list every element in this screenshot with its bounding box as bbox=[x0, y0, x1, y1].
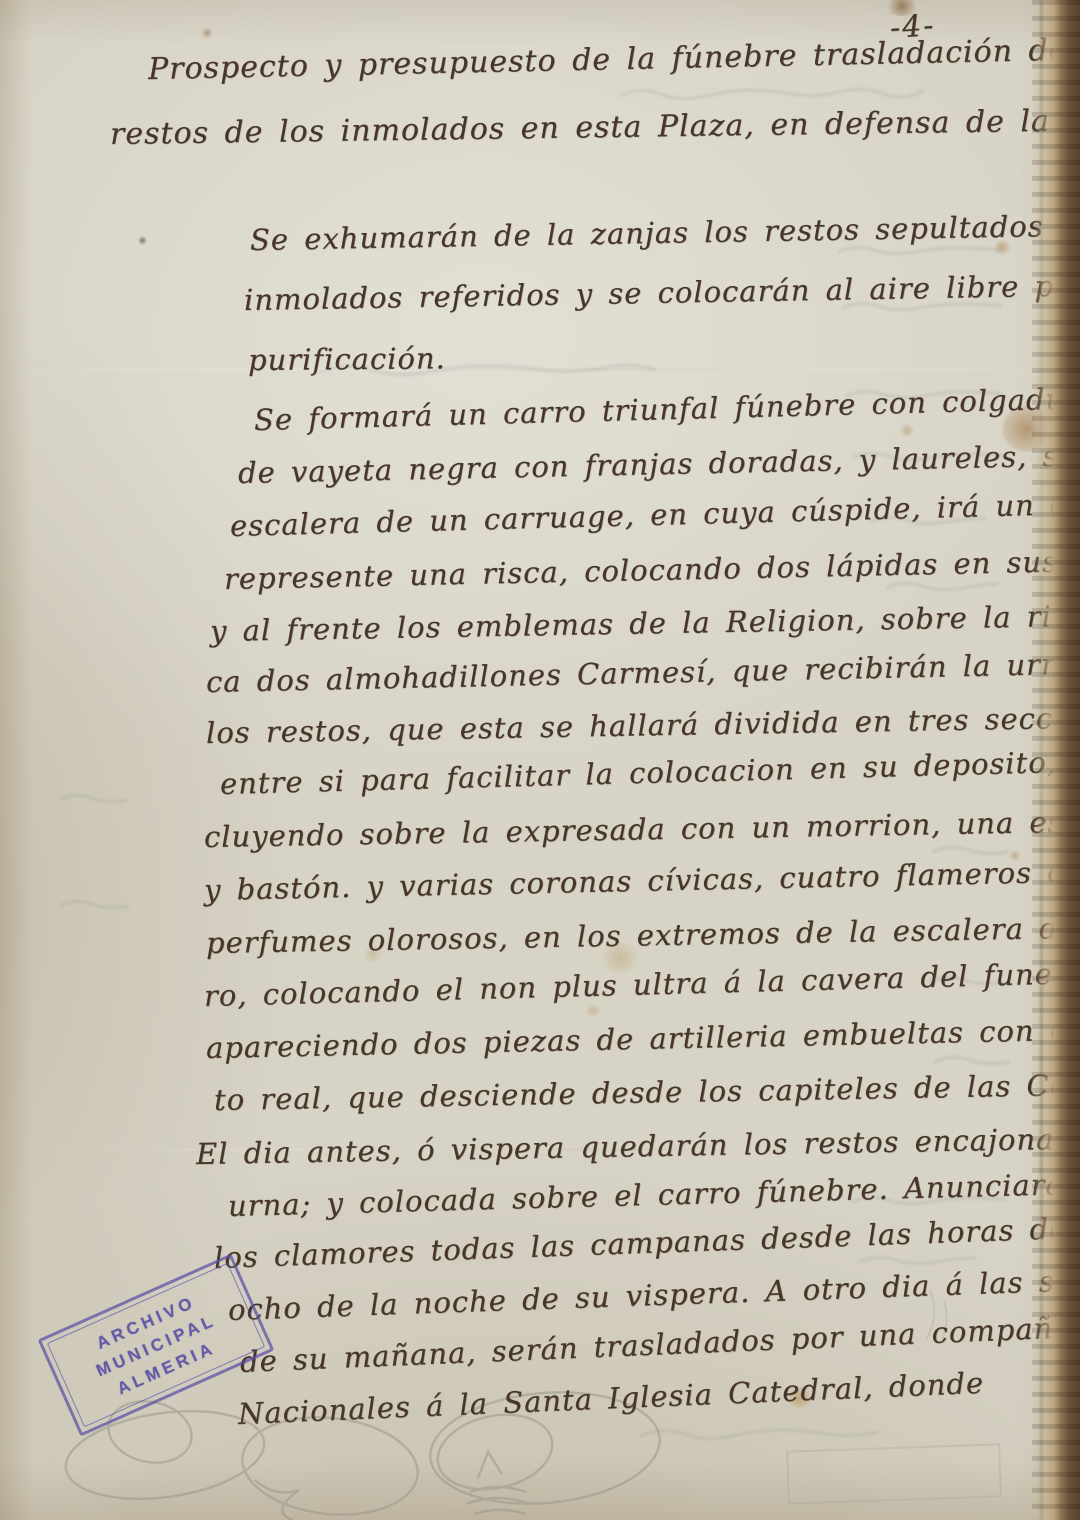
manuscript-line: los restos, que esta se hallará dividida… bbox=[206, 703, 1080, 748]
manuscript-line: perfumes olorosos, en los extremos de la… bbox=[206, 912, 1080, 958]
manuscript-line: y al frente los emblemas de la Religion,… bbox=[210, 602, 1079, 646]
archive-stamp-inner-border: ARCHIVO MUNICIPAL ALMERIA bbox=[47, 1263, 265, 1428]
manuscript-line: inmolados referidos y se colocarán al ai… bbox=[244, 270, 1080, 315]
manuscript-line: Nacionales á la Santa Iglesia Catedral, … bbox=[237, 1369, 984, 1429]
manuscript-line: purificación. bbox=[248, 344, 446, 375]
stain bbox=[200, 28, 214, 38]
manuscript-line: y bastón. y varias coronas cívicas, cuat… bbox=[204, 857, 1080, 905]
manuscript-line: El dia antes, ó vispera quedarán los res… bbox=[196, 1122, 1080, 1169]
title-line: restos de los inmolados en esta Plaza, e… bbox=[110, 105, 1080, 150]
stain bbox=[138, 236, 147, 245]
manuscript-line: ro, colocando el non plus ultra á la cav… bbox=[204, 958, 1080, 1011]
manuscript-line: represente una risca, colocando dos lápi… bbox=[224, 544, 1080, 594]
manuscript-line: los clamores todas las campanas desde la… bbox=[213, 1212, 1080, 1273]
manuscript-line: entre si para facilitar la colocacion en… bbox=[220, 746, 1080, 799]
manuscript-line: Se exhumarán de la zanjas los restos sep… bbox=[250, 210, 1080, 255]
manuscript-line: Se formará un carro triunfal fúnebre con… bbox=[254, 383, 1080, 435]
fold-crease bbox=[0, 368, 1080, 371]
stain bbox=[898, 424, 916, 437]
manuscript-line: escalera de un carruage, en cuya cúspide… bbox=[230, 487, 1080, 541]
manuscript-line: apareciendo dos piezas de artilleria emb… bbox=[206, 1014, 1080, 1063]
manuscript-line: cluyendo sobre la expresada con un morri… bbox=[204, 807, 1080, 852]
stain bbox=[584, 1004, 602, 1017]
manuscript-page: -4- Prospecto y presupuesto de la fúnebr… bbox=[0, 0, 1080, 1520]
manuscript-line: urna; y colocada sobre el carro fúnebre.… bbox=[228, 1170, 1080, 1221]
manuscript-line: de vayeta negra con franjas doradas, y l… bbox=[238, 439, 1080, 488]
manuscript-line: to real, que desciende desde los capitel… bbox=[214, 1069, 1080, 1115]
title-line: Prospecto y presupuesto de la fúnebre tr… bbox=[148, 34, 1080, 85]
manuscript-line: ca dos almohadillones Carmesí, que recib… bbox=[206, 648, 1080, 697]
book-binding-edge bbox=[1032, 0, 1080, 1520]
